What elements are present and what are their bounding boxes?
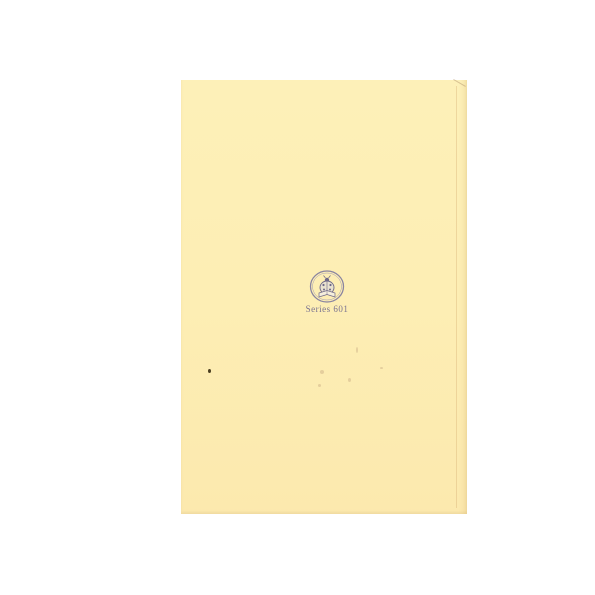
stain-spot [320, 370, 324, 374]
stain-spot [380, 367, 383, 369]
stain-spot [356, 347, 358, 353]
series-label: Series 601 [281, 304, 373, 314]
stain-spot [348, 378, 351, 382]
stain-spot [318, 384, 321, 387]
stain-spot [208, 369, 211, 373]
ladybird-book-icon [308, 269, 346, 304]
spine-edge [456, 86, 457, 508]
corner-wear [450, 79, 466, 92]
